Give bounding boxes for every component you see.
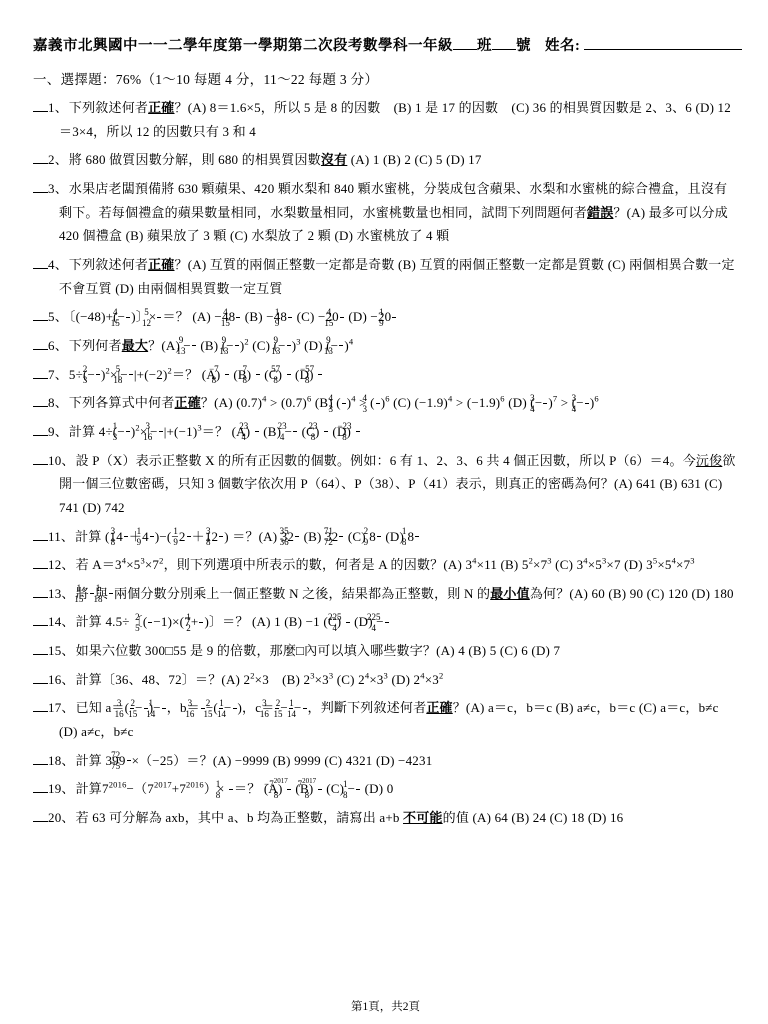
fraction: 78 (256, 364, 260, 385)
question-text: 計算72016−（72017+72016）× 18＝？ (A) −720178 … (76, 781, 394, 796)
fraction: 2254 (346, 612, 350, 633)
fraction: 18 (356, 779, 360, 800)
question-text: 若 A＝34×53×72，則下列選項中所表示的數，何者是 A 的因數？(A) 3… (76, 557, 695, 572)
fraction: 34 (543, 393, 547, 414)
fraction: 415 (236, 307, 240, 328)
question-number: 8、 (48, 395, 69, 410)
fraction: 25 (148, 612, 152, 633)
fraction: 913 (339, 335, 343, 356)
question-9: 9、計算 4÷(−13)2×|−316|+(−1)3＝？ (A) 234 (B)… (33, 420, 738, 444)
question-number: 10、 (48, 453, 76, 468)
question-number: 5、 (48, 309, 69, 324)
question-6: 6、下列何者最大？(A) −913 (B) (−913)2 (C) (−913)… (33, 334, 738, 358)
fraction: 43 (376, 393, 380, 414)
fraction: 415 (126, 307, 130, 328)
question-text: 下列敘述何者正確？(A) 互質的兩個正整數一定都是奇數 (B) 互質的兩個正整數… (59, 257, 735, 296)
exponent: 4 (122, 556, 126, 566)
emphasized-term: 不可能 (403, 810, 443, 825)
exponent: 2 (168, 365, 172, 375)
fraction: 415 (340, 307, 344, 328)
fraction: 19 (392, 307, 396, 328)
exponent: 6 (307, 394, 311, 404)
fraction: 19 (187, 526, 191, 547)
fraction: 7172 (339, 526, 343, 547)
question-19: 19、計算72016−（72017+72016）× 18＝？ (A) −7201… (33, 777, 738, 801)
exponent: 3 (329, 670, 333, 680)
answer-blank (33, 451, 48, 464)
question-5: 5、〔(−48)+(−415)〕×512＝？ (A) −48415 (B) −4… (33, 305, 738, 329)
exam-page: 嘉義市北興國中一一二學年度第一學期第二次段考數學科一年級班號姓名: 一、選擇題：… (0, 0, 768, 1024)
fraction: 913 (235, 335, 239, 356)
exponent: 4 (583, 556, 587, 566)
fraction: 2254 (385, 612, 389, 633)
question-list: 1、下列敘述何者正確？(A) 8＝1.6×5，所以 5 是 8 的因數 (B) … (33, 96, 738, 992)
fraction: 234 (255, 421, 259, 442)
exponent: 4 (262, 394, 266, 404)
exponent: 3 (296, 337, 300, 347)
question-number: 3、 (48, 181, 69, 196)
exponent: 4 (365, 670, 369, 680)
answer-blank (33, 256, 48, 269)
answer-blank (33, 642, 48, 655)
section-heading: 一、選擇題：76%（1～10 每題 4 分，11～22 每題 3 分） (33, 68, 738, 88)
question-text: 設 P（X）表示正整數 X 的所有正因數的個數。例如：6 有 1、2、3、6 共… (59, 453, 736, 515)
fraction: 114 (233, 698, 237, 719)
question-text: 計算〔36、48、72〕＝？(A) 22×3 (B) 23×33 (C) 24×… (76, 672, 444, 687)
exam-title: 嘉義市北興國中一一二學年度第一學期第二次段考數學科一年級 (33, 38, 453, 54)
question-number: 12、 (48, 557, 76, 572)
fraction: 114 (303, 698, 307, 719)
exponent: 3 (690, 556, 694, 566)
name-label: 姓名: (545, 38, 580, 54)
exponent: 2 (159, 556, 163, 566)
question-15: 15、如果六位數 300□55 是 9 的倍數，那麼□內可以填入哪些數字？(A)… (33, 639, 738, 663)
fraction: 316 (159, 421, 163, 442)
question-text: 下列何者最大？(A) −913 (B) (−913)2 (C) (−913)3 … (69, 338, 353, 353)
question-13: 13、將115與118兩個分數分別乘上一個正整數 N 之後，結果都為正整數，則 … (33, 582, 738, 606)
question-number: 1、 (48, 100, 69, 115)
seat-blank (492, 35, 516, 51)
answer-blank (33, 780, 48, 793)
emphasized-term: 正確 (148, 257, 174, 272)
question-text: 計算 4÷(−13)2×|−316|+(−1)3＝？ (A) 234 (B) −… (69, 424, 361, 439)
question-text: 將115與118兩個分數分別乘上一個正整數 N 之後，結果都為正整數，則 N 的… (76, 586, 734, 601)
question-number: 7、 (48, 367, 69, 382)
exponent: 4 (448, 394, 452, 404)
fraction: 234 (293, 421, 297, 442)
exponent: 2016 (186, 780, 204, 790)
exponent: 3 (602, 556, 606, 566)
exam-header: 嘉義市北興國中一一二學年度第一學期第二次段考數學科一年級班號姓名: (33, 34, 738, 55)
question-text: 水果店老闆預備將 630 顆蘋果、420 顆水梨和 840 顆水蜜桃，分裝成包含… (59, 181, 728, 243)
question-12: 12、若 A＝34×53×72，則下列選項中所表示的數，何者是 A 的因數？(A… (33, 553, 738, 577)
fraction: 118 (109, 583, 113, 604)
fraction: −578 (318, 364, 322, 385)
fraction: 578 (287, 364, 291, 385)
question-text: 〔(−48)+(−415)〕×512＝？ (A) −48415 (B) −481… (69, 309, 397, 324)
question-16: 16、計算〔36、48、72〕＝？(A) 22×3 (B) 23×33 (C) … (33, 668, 738, 692)
fraction: 720178 (318, 779, 322, 800)
question-8: 8、下列各算式中何者正確？(A) (0.7)4 > (0.7)6 (B) (43… (33, 391, 738, 415)
fraction: 18 (415, 526, 419, 547)
question-text: 如果六位數 300□55 是 9 的倍數，那麼□內可以填入哪些數字？(A) 4 … (76, 643, 561, 658)
question-3: 3、水果店老闆預備將 630 顆蘋果、420 顆水梨和 840 顆水蜜桃，分裝成… (33, 177, 738, 248)
question-number: 16、 (48, 672, 76, 687)
answer-blank (33, 99, 48, 112)
question-text: 若 63 可分解為 axb，其中 a、b 均為正整數，請寫出 a+b 不可能的值… (76, 810, 624, 825)
answer-blank (33, 584, 48, 597)
exponent: 2 (529, 556, 533, 566)
seat-label: 號 (516, 38, 531, 54)
fraction: 913 (287, 335, 291, 356)
exponent: 4 (420, 670, 424, 680)
answer-blank (33, 423, 48, 436)
answer-blank (33, 337, 48, 350)
fraction: 18 (229, 779, 233, 800)
question-number: 19、 (48, 781, 76, 796)
fraction: 19 (150, 526, 154, 547)
fraction: 13 (126, 421, 130, 442)
exponent: 2 (135, 423, 139, 433)
question-text: 計算 3997275×（−25）＝？(A) −9999 (B) 9999 (C)… (76, 753, 433, 768)
question-number: 13、 (48, 586, 76, 601)
question-20: 20、若 63 可分解為 axb，其中 a、b 均為正整數，請寫出 a+b 不可… (33, 806, 738, 830)
answer-blank (33, 556, 48, 569)
fraction: 114 (162, 698, 166, 719)
exponent: 4 (472, 556, 476, 566)
exponent: 6 (594, 394, 598, 404)
emphasized-term: 錯誤 (587, 205, 613, 220)
underlined-name: 沅俊 (696, 453, 722, 468)
name-blank (584, 35, 742, 51)
emphasized-term: 最小值 (490, 586, 530, 601)
question-text: 將 680 做質因數分解，則 680 的相異質因數沒有 (A) 1 (B) 2 … (69, 152, 482, 167)
fraction: 38 (124, 526, 128, 547)
question-number: 18、 (48, 753, 76, 768)
fraction: 512 (157, 307, 161, 328)
class-blank (453, 35, 477, 51)
question-number: 15、 (48, 643, 76, 658)
question-14: 14、計算 4.5÷〔(25−1)×(7+12)〕＝？ (A) 1 (B) −1… (33, 610, 738, 634)
exponent: 5 (653, 556, 657, 566)
answer-blank (33, 365, 48, 378)
question-number: 20、 (48, 810, 76, 825)
question-7: 7、5÷(−23)2×|−518|+(−2)2＝？ (A) −78 (B) 78… (33, 363, 738, 387)
question-text: 計算 (1438＋419)−(−219＋1238) ＝？(A) 323536 (… (75, 529, 420, 544)
fraction: 29 (377, 526, 381, 547)
emphasized-term: 沒有 (321, 152, 347, 167)
fraction: 913 (192, 335, 196, 356)
exponent: 6 (385, 394, 389, 404)
question-number: 14、 (48, 614, 76, 629)
exponent: 2017 (154, 780, 172, 790)
question-1: 1、下列敘述何者正確？(A) 8＝1.6×5，所以 5 是 8 的因數 (B) … (33, 96, 738, 143)
question-text: 已知 a＝(316−215)−114，b＝316−(215−114)，c＝316… (59, 700, 719, 739)
exponent: 7 (553, 394, 557, 404)
answer-blank (33, 151, 48, 164)
answer-blank (33, 394, 48, 407)
fraction: −238 (356, 421, 360, 442)
fraction: 43 (342, 393, 346, 414)
answer-blank (33, 751, 48, 764)
question-number: 2、 (48, 152, 69, 167)
answer-blank (33, 699, 48, 712)
exponent: 3 (310, 670, 314, 680)
fraction: 3536 (295, 526, 299, 547)
emphasized-term: 正確 (426, 700, 452, 715)
emphasized-term: 正確 (175, 395, 201, 410)
exponent: 6 (500, 394, 504, 404)
fraction: 38 (219, 526, 223, 547)
fraction: 12 (199, 612, 203, 633)
question-number: 9、 (48, 424, 69, 439)
fraction: 7275 (127, 750, 131, 771)
question-10: 10、設 P（X）表示正整數 X 的所有正因數的個數。例如：6 有 1、2、3、… (33, 449, 738, 520)
fraction: 238 (324, 421, 328, 442)
answer-blank (33, 180, 48, 193)
exponent: 2 (439, 670, 443, 680)
exponent: 2 (244, 337, 248, 347)
answer-blank (33, 613, 48, 626)
exponent: 3 (140, 556, 144, 566)
question-18: 18、計算 3997275×（−25）＝？(A) −9999 (B) 9999 … (33, 749, 738, 773)
exponent: 4 (349, 337, 353, 347)
question-11: 11、計算 (1438＋419)−(−219＋1238) ＝？(A) 32353… (33, 525, 738, 549)
question-text: 下列各算式中何者正確？(A) (0.7)4 > (0.7)6 (B) (43)4… (69, 395, 599, 410)
emphasized-term: 正確 (148, 100, 174, 115)
class-label: 班 (477, 38, 492, 54)
exponent: 3 (547, 556, 551, 566)
answer-blank (33, 527, 48, 540)
exponent: 3 (384, 670, 388, 680)
question-number: 17、 (48, 700, 76, 715)
answer-blank (33, 670, 48, 683)
fraction: −720178 (287, 779, 291, 800)
fraction: 19 (288, 307, 292, 328)
exponent: 2 (250, 670, 254, 680)
question-text: 計算 4.5÷〔(25−1)×(7+12)〕＝？ (A) 1 (B) −1 (C… (76, 614, 390, 629)
exponent: 4 (351, 394, 355, 404)
fraction: 518 (129, 364, 133, 385)
question-number: 4、 (48, 257, 69, 272)
question-17: 17、已知 a＝(316−215)−114，b＝316−(215−114)，c＝… (33, 696, 738, 743)
fraction: −78 (225, 364, 229, 385)
exponent: 3 (197, 423, 201, 433)
question-number: 11、 (48, 529, 75, 544)
exponent: 4 (672, 556, 676, 566)
question-text: 下列敘述何者正確？(A) 8＝1.6×5，所以 5 是 8 的因數 (B) 1 … (59, 100, 731, 139)
emphasized-term: 最大 (122, 338, 148, 353)
fraction: 23 (96, 364, 100, 385)
exponent: 2 (106, 365, 110, 375)
question-2: 2、將 680 做質因數分解，則 680 的相異質因數沒有 (A) 1 (B) … (33, 148, 738, 172)
page-footer: 第1頁，共2頁 (33, 992, 738, 1024)
answer-blank (33, 308, 48, 321)
question-4: 4、下列敘述何者正確？(A) 互質的兩個正整數一定都是奇數 (B) 互質的兩個正… (33, 253, 738, 300)
answer-blank (33, 809, 48, 822)
exponent: 2016 (109, 780, 127, 790)
question-text: 5÷(−23)2×|−518|+(−2)2＝？ (A) −78 (B) 78 (… (69, 367, 323, 382)
question-number: 6、 (48, 338, 69, 353)
fraction: 34 (585, 393, 589, 414)
